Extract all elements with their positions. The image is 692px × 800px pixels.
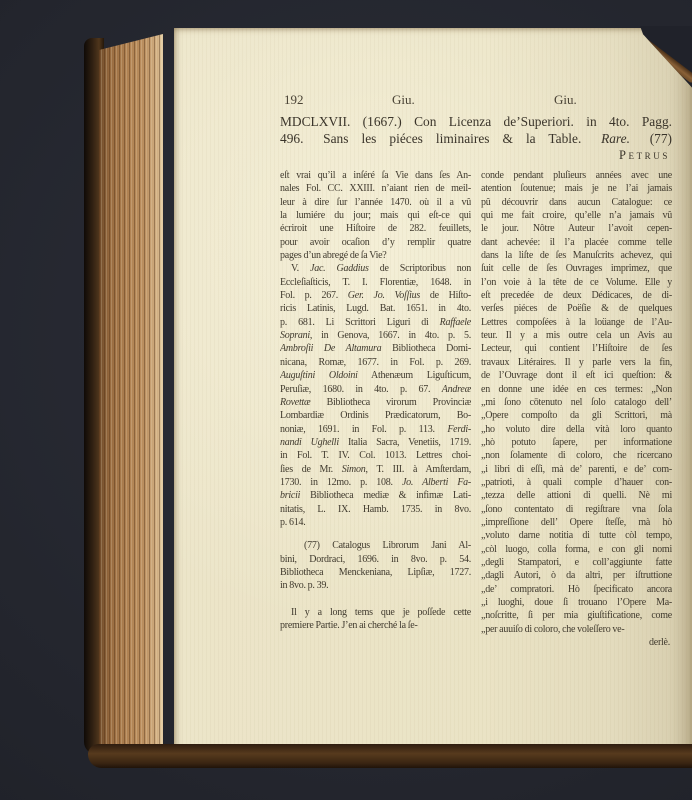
page-text: 192 Giu. Giu. MDCLXVII. (1667.) Con Lice…	[280, 92, 672, 649]
text-line: „i luoghi, doue ſi trouano l’Opere Ma-	[481, 596, 672, 609]
text-line: pû découvrir dans aucun Catalogue: ce	[481, 196, 672, 209]
page-top-right-corner-shadow	[640, 26, 692, 96]
running-title-left: Giu.	[392, 92, 415, 108]
text-line: eſt vrai qu’il a inſéré ſa Vie dans ſes …	[280, 169, 471, 182]
text-line: bricii Bibliotheca mediæ & infimæ Lati-	[280, 489, 471, 502]
book-page: 192 Giu. Giu. MDCLXVII. (1667.) Con Lice…	[174, 28, 692, 754]
text-line: in Fol. T. IV. Col. 1013. Lettres choi-	[280, 449, 471, 462]
text-line: „hò potuto ſapere, per informatione	[481, 436, 672, 449]
text-line: „de’ compratori. Hò ſpecificato ancora	[481, 583, 672, 596]
text-line: Il y a long tems que je poſſede cette	[280, 606, 471, 619]
text-line: Bibliotheca Menckeniana, Lipſiæ, 1727.	[280, 566, 471, 579]
text-line: „Opere compoſto da gli Scrittori, mà	[481, 409, 672, 422]
text-line: nitatis, L. IX. Hamb. 1735. in 8vo.	[280, 503, 471, 516]
running-title-right: Giu.	[554, 92, 577, 108]
text-line: Fol. p. 267. Ger. Jo. Voſſius de Hiſto-	[280, 289, 471, 302]
text-line: Peruſiæ, 1680. in 4to. p. 67. Andreæ	[280, 383, 471, 396]
running-head: 192 Giu. Giu.	[280, 92, 672, 106]
text-line: Eccleſiaſticis, T. I. Florentiæ, 1648. i…	[280, 276, 471, 289]
right-column: conde pendant pluſieurs années avec unea…	[481, 169, 672, 649]
text-line: atention ſoutenue; mais je ne l’ai jamai…	[481, 182, 672, 195]
text-line: „mi ſono cōtenuto nel ſolo catalogo dell…	[481, 396, 672, 409]
text-line: qui me fait croire, qu’elle n’a jamais v…	[481, 209, 672, 222]
text-line: Rovettæ Bibliotheca virorum Provinciæ	[280, 396, 471, 409]
text-line: nandi Ughelli Italia Sacra, Venetiis, 17…	[280, 436, 471, 449]
text-line: „ſono contentato di regiſtrare vna ſola	[481, 503, 672, 516]
text-line: Auguſtini Oldoini Athenæum Liguſticum,	[280, 369, 471, 382]
text-line: conde pendant pluſieurs années avec une	[481, 169, 672, 182]
footnote-paragraph: (77) Catalogus Librorum Jani Al-bini, Do…	[280, 539, 471, 592]
folio-number: 192	[284, 92, 304, 108]
text-line: „tezza delle attioni di quelli. Nè mi	[481, 489, 672, 502]
book-fore-edge-pages	[99, 32, 163, 752]
text-line: noniæ, 1691. in Fol. p. 113. Ferdi-	[280, 423, 471, 436]
text-line: Lombardiæ Ordinis Prædicatorum, Bo-	[280, 409, 471, 422]
text-line: 496. Sans les piéces liminaires & la Tab…	[280, 131, 672, 148]
text-line: l’on voie à la tête de ce Volume. Elle y	[481, 276, 672, 289]
text-line: le jour. Nôtre Auteur l’avoit cepen-	[481, 222, 672, 235]
text-line: en donne une idée en ces termes: „Non	[481, 383, 672, 396]
left-column: eſt vrai qu’il a inſéré ſa Vie dans ſes …	[280, 169, 471, 649]
text-line: (77) Catalogus Librorum Jani Al-	[280, 539, 471, 552]
text-line: p. 614.	[280, 516, 471, 529]
entry-heading: MDCLXVII. (1667.) Con Licenza de’Superio…	[280, 114, 672, 147]
text-line: „patrioti, à quali comple d’hauer con-	[481, 476, 672, 489]
photo-background: 192 Giu. Giu. MDCLXVII. (1667.) Con Lice…	[0, 0, 692, 800]
book: 192 Giu. Giu. MDCLXVII. (1667.) Con Lice…	[84, 28, 692, 768]
text-line: ſies de Mr. Simon, T. III. à Amſterdam,	[280, 463, 471, 476]
catchword: Petrus	[280, 148, 672, 163]
text-line: nales Fol. CC. XXIII. n’aiant rien de me…	[280, 182, 471, 195]
text-line: dant achevée: il l’a placée comme telle	[481, 236, 672, 249]
text-line: in 8vo. p. 39.	[280, 579, 471, 592]
page-corner-curl	[633, 32, 692, 84]
text-line: Ambroſii De Altamura Bibliotheca Domi-	[280, 342, 471, 355]
text-line: „còl luogo, colla forma, e con gli nomi	[481, 543, 672, 556]
text-line: 1730. in 12mo. p. 108. Jo. Alberti Fa-	[280, 476, 471, 489]
text-line: ricis Latinis, Lugd. Bat. 1651. in 4to.	[280, 302, 471, 315]
text-line: travaux Litéraires. Il y parle vers la f…	[481, 356, 672, 369]
text-line: Lecteur, qui contient l’Hiſtoire de ſes	[481, 342, 672, 355]
text-line: Lettres compoſées à la loüange de l’Au-	[481, 316, 672, 329]
paragraph: Il y a long tems que je poſſede cettepre…	[280, 606, 471, 633]
text-line: „voluto darne notitia di tutte còl tempo…	[481, 529, 672, 542]
text-line: p. 681. Li Scrittori Liguri di Raffaele	[280, 316, 471, 329]
text-line: „degli Stampatori, e coll’aggiunte fatte	[481, 556, 672, 569]
text-line: verſes piéces de Poëſie & de quelques	[481, 302, 672, 315]
text-line: „noſcritte, ſi per mia giuſtificatione, …	[481, 609, 672, 622]
text-line: premiere Partie. J’en ai cherché la ſe-	[280, 619, 471, 632]
text-line: „per auuiſo di coloro, che voleſſero ve-	[481, 623, 672, 636]
text-line: la lumiére du jour; mais qui eſt-ce qui	[280, 209, 471, 222]
text-line: nicana, Romæ, 1677. in Fol. p. 269.	[280, 356, 471, 369]
paragraph: conde pendant pluſieurs années avec unea…	[481, 169, 672, 636]
text-line: eſt precedée de deux Dédicaces, de di-	[481, 289, 672, 302]
paragraph: eſt vrai qu’il a inſéré ſa Vie dans ſes …	[280, 169, 471, 262]
text-line: pages d’un abregé de ſa Vie?	[280, 249, 471, 262]
paragraph-end-line: derlè.	[481, 636, 672, 649]
text-line: de l’Ouvrage dont il eſt ici queſtion: &	[481, 369, 672, 382]
text-line: dans la liſte de ſes Manuſcrits achevez,…	[481, 249, 672, 262]
text-line: „impreſſione dell’ Opere ſteſſe, mà hò	[481, 516, 672, 529]
text-line: „ho voluto dire della vità loro quanto	[481, 423, 672, 436]
paragraph: V. Jac. Gaddius de Scriptoribus nonEccle…	[280, 262, 471, 529]
text-line: écriroit une Hiſtoire de 282. feuillets,	[280, 222, 471, 235]
text-line: „non ſolamente di coloro, che ricercano	[481, 449, 672, 462]
text-line: Soprani, in Genova, 1667. in 4to. p. 5.	[280, 329, 471, 342]
text-line: „dagli Autori, ò da altri, per iſtruttio…	[481, 569, 672, 582]
text-columns: eſt vrai qu’il a inſéré ſa Vie dans ſes …	[280, 169, 672, 649]
text-line: pour avoir ocaſion d’y remplir quatre	[280, 236, 471, 249]
text-line: ſuit celle de ſes Ouvrages imprimez, que	[481, 262, 672, 275]
text-line: teur. Il y a mis outre cela un Avis au	[481, 329, 672, 342]
book-cover-edge-bottom	[88, 744, 692, 768]
text-line: MDCLXVII. (1667.) Con Licenza de’Superio…	[280, 114, 672, 131]
text-line: V. Jac. Gaddius de Scriptoribus non	[280, 262, 471, 275]
text-line: leur à dire ſur l’année 1470. où il a vû	[280, 196, 471, 209]
text-line: „i libri di eſſi, mà de’ parenti, e de’ …	[481, 463, 672, 476]
text-line: bini, Dordraci, 1696. in 8vo. p. 54.	[280, 553, 471, 566]
